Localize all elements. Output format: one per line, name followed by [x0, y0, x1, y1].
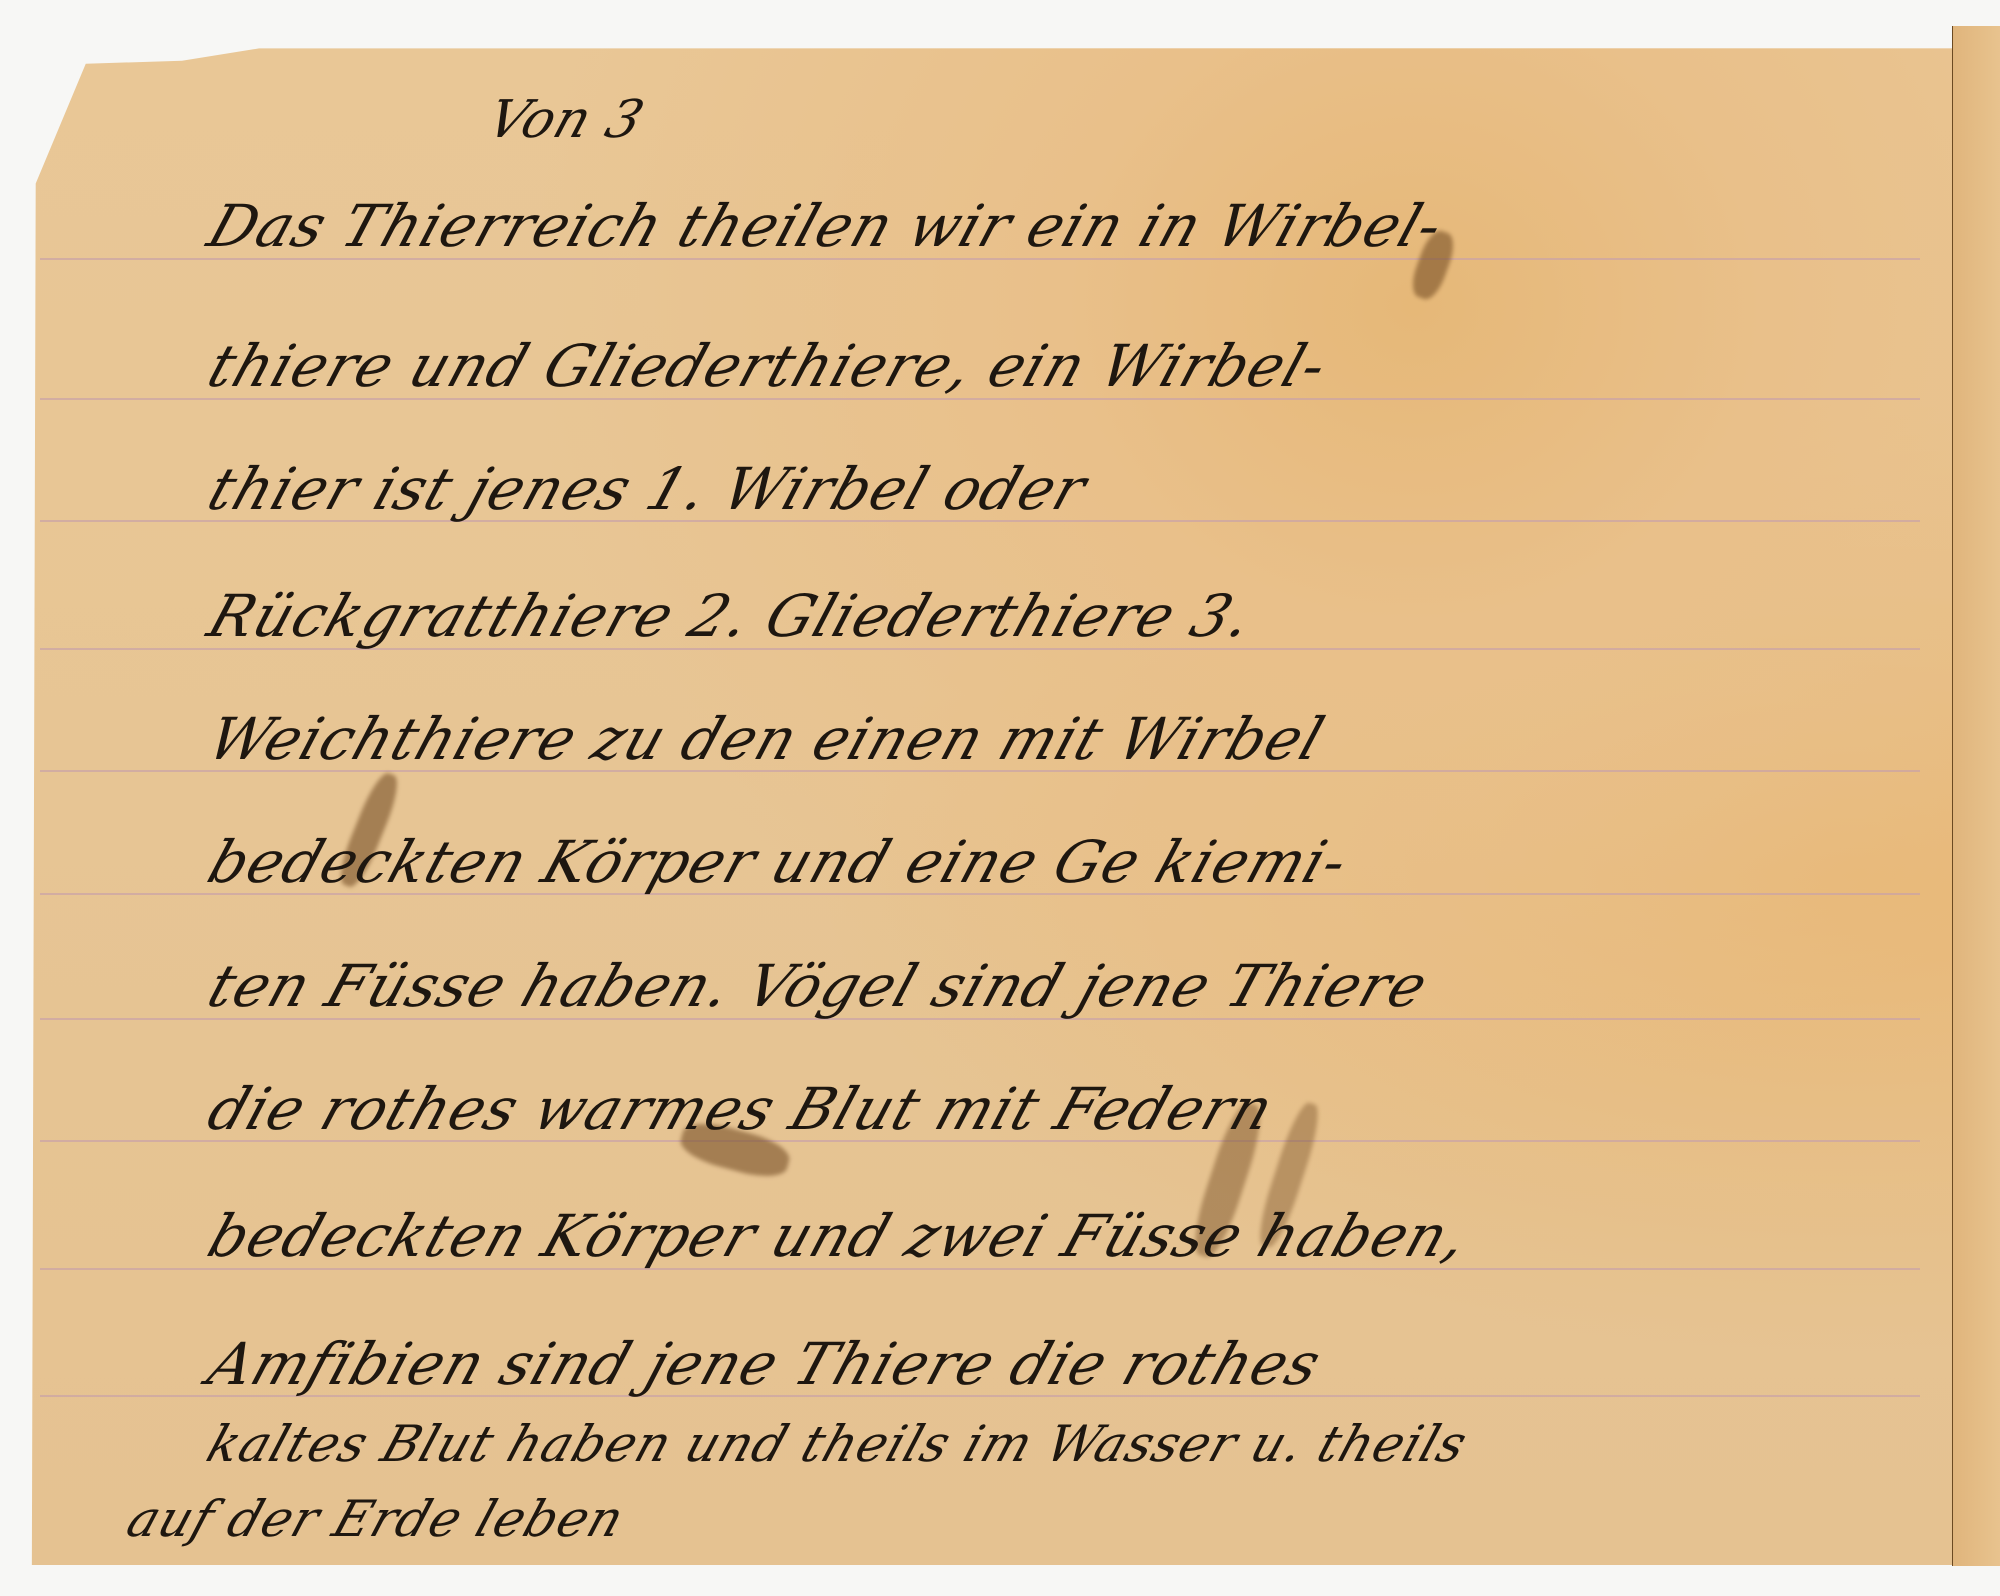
text-line: kaltes Blut haben und theils im Wasser u…: [200, 1415, 1475, 1473]
text-line: Rückgratthiere 2. Gliederthiere 3.: [200, 582, 1262, 650]
text-line: Weichthiere zu den einen mit Wirbel: [200, 705, 1333, 773]
text-line: thiere und Gliederthiere, ein Wirbel-: [200, 332, 1336, 400]
text-line: Das Thierreich theilen wir ein in Wirbel…: [200, 192, 1452, 260]
text-line: ten Füsse haben. Vögel sind jene Thiere: [200, 952, 1437, 1020]
text-line: thier ist jenes 1. Wirbel oder: [200, 455, 1095, 523]
adjacent-page-edge: [1953, 26, 2000, 1566]
text-line: auf der Erde leben: [120, 1490, 632, 1548]
text-line: bedeckten Körper und zwei Füsse haben,: [200, 1202, 1477, 1270]
text-line: die rothes warmes Blut mit Federn: [200, 1075, 1282, 1143]
text-line: bedeckten Körper und eine Ge kiemi-: [200, 828, 1357, 896]
text-line: Amfibien sind jene Thiere die rothes: [200, 1330, 1330, 1398]
page-heading: Von 3: [480, 90, 652, 150]
